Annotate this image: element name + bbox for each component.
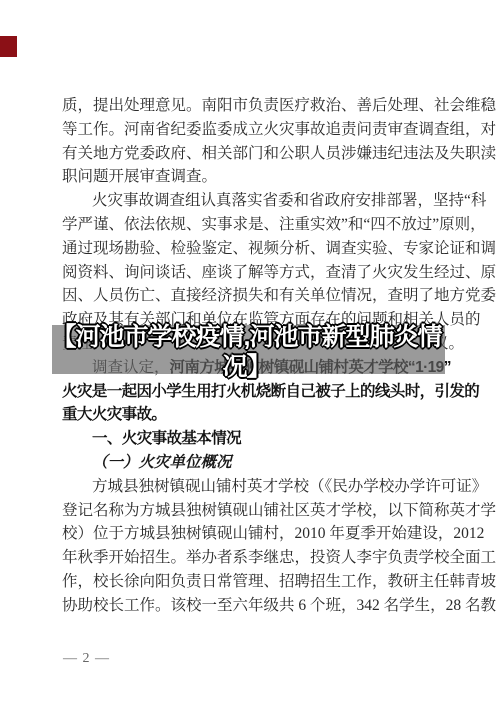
text-line-20: 年秋季开始招生。举办者系李继忠，投资人李宇负责学校全面工 bbox=[62, 546, 464, 570]
text-line-3: 有关地方党委政府、相关部门和公职人员涉嫌违纪违法及失职渎 bbox=[62, 142, 464, 166]
text-line-5: 火灾事故调查组认真落实省委和省政府安排部署，坚持“科 bbox=[62, 189, 464, 213]
text-line-2: 等工作。河南省纪委监委成立火灾事故追责问责审查调查组，对 bbox=[62, 118, 464, 142]
text-line-7: 通过现场勘验、检验鉴定、视频分析、调查实验、专家论证和调 bbox=[62, 237, 464, 261]
text-line-9: 因、人员伤亡、直接经济损失和有关单位情况，查明了地方党委 bbox=[62, 284, 464, 308]
text-line-22: 协助校长工作。该校一至六年级共 6 个班，342 名学生，28 名教 bbox=[62, 594, 464, 618]
overlay-title: 【河池市学校疫情,河池市新型肺炎情 况】 bbox=[50, 322, 443, 382]
text-line-1: 质，提出处理意见。南阳市负责医疗救治、善后处理、社会维稳 bbox=[62, 94, 464, 118]
text-line-16: （一）火灾单位概况 bbox=[62, 451, 464, 475]
text-line-18: 登记名称为方城县独树镇砚山铺社区英才学校，以下简称英才学 bbox=[62, 499, 464, 523]
document-page: 质，提出处理意见。南阳市负责医疗救治、善后处理、社会维稳等工作。河南省纪委监委成… bbox=[0, 0, 500, 706]
caption-overlay: 【河池市学校疫情,河池市新型肺炎情 况】 bbox=[52, 325, 445, 374]
text-line-4: 职问题开展审查调查。 bbox=[62, 165, 464, 189]
text-line-19: 校）位于方城县独树镇砚山铺村，2010 年夏季开始建设，2012 bbox=[62, 522, 464, 546]
text-line-15: 一、火灾事故基本情况 bbox=[62, 427, 464, 451]
text-line-8: 阅资料、询问谈话、座谈了解等方式，查清了火灾发生经过、原 bbox=[62, 261, 464, 285]
overlay-title-line1: 【河池市学校疫情,河池市新型肺炎情 bbox=[50, 322, 443, 352]
text-line-14: 重大火灾事故。 bbox=[62, 403, 464, 427]
text-line-21: 作，校长徐向阳负责日常管理、招聘招生工作，教研主任韩青坡 bbox=[62, 570, 464, 594]
page-number: — 2 — bbox=[63, 651, 110, 667]
corner-mark bbox=[0, 36, 17, 57]
text-line-17: 方城县独树镇砚山铺村英才学校（《民办学校办学许可证》 bbox=[62, 475, 464, 499]
text-line-13: 火灾是一起因小学生用打火机烧断自己被子上的线头时，引发的 bbox=[62, 380, 464, 404]
overlay-title-line2: 况】 bbox=[50, 352, 443, 382]
text-line-6: 学严谨、依法依规、实事求是、注重实效”和“四不放过”原则， bbox=[62, 213, 464, 237]
